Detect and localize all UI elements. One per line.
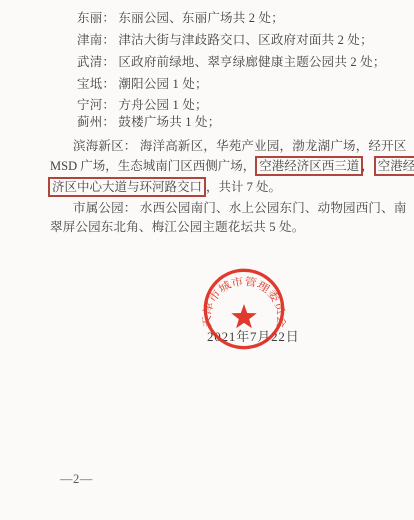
highlight-box-konggang-end: 济区中心大道与环河路交口 [48, 177, 206, 197]
binhai-line2-text: MSD 广场，生态城南门区西侧广场， [50, 159, 255, 173]
binhai-line3-text: ，共计 7 处。 [206, 180, 281, 194]
binhai-line2-comma: ， [361, 159, 374, 173]
district-line-baodi: 宝坻： 潮阳公园 1 处； [77, 77, 208, 91]
binhai-paragraph-line1: 滨海新区： 海洋高新区，华苑产业园，渤龙湖广场，经开区 [73, 139, 407, 153]
district-line-dongli: 东丽： 东丽公园、东丽广场共 2 处； [77, 11, 284, 25]
binhai-paragraph-line2: MSD 广场，生态城南门区西侧广场，空港经济区西三道，空港经 [50, 159, 414, 173]
district-line-jizhou: 蓟州： 鼓楼广场共 1 处； [77, 115, 220, 129]
page-number: —2— [60, 472, 93, 487]
highlight-box-xisandao: 空港经济区西三道 [255, 156, 363, 176]
star-icon [231, 304, 257, 328]
district-line-wuqing: 武清： 区政府前绿地、翠亨绿廊健康主题公园共 2 处； [77, 55, 386, 69]
document-page: 东丽： 东丽公园、东丽广场共 2 处； 津南： 津沽大街与津歧路交口、区政府对面… [0, 0, 414, 520]
district-line-jinnan: 津南： 津沽大街与津歧路交口、区政府对面共 2 处； [77, 33, 373, 47]
seal-graphic: 天津市城市管理委员会 [202, 266, 286, 352]
highlight-box-konggang-start: 空港经 [374, 156, 414, 176]
municipal-parks-line1: 市属公园： 水西公园南门、水上公园东门、动物园西门、南 [73, 201, 407, 215]
district-line-ninghe: 宁河： 方舟公园 1 处； [77, 98, 208, 112]
official-seal: 天津市城市管理委员会 [202, 266, 286, 352]
municipal-parks-line2: 翠屏公园东北角、梅江公园主题花坛共 5 处。 [50, 220, 304, 234]
binhai-paragraph-line3: 济区中心大道与环河路交口，共计 7 处。 [48, 180, 281, 194]
